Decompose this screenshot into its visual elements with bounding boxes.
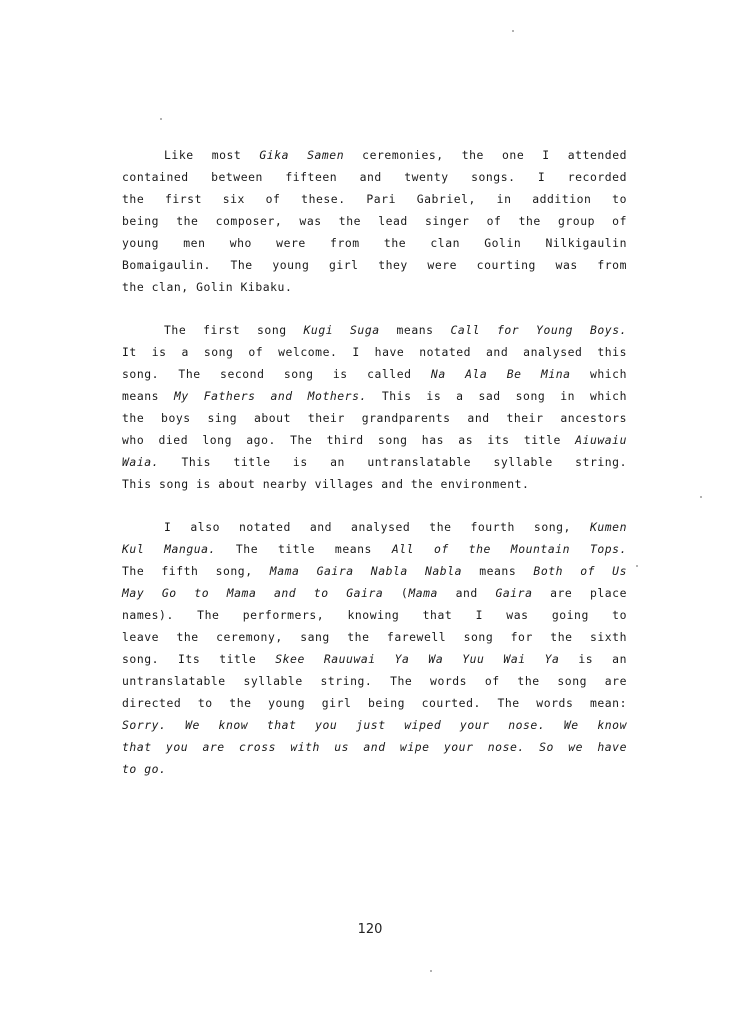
text-segment: means: [380, 323, 451, 337]
text-segment: Like most: [164, 148, 259, 162]
paragraph-first-songs: The first song Kugi Suga means Call for …: [122, 319, 627, 495]
text-segment: the first six of these. Pari Gabriel, in…: [122, 192, 627, 206]
document-page: Like most Gika Samen ceremonies, the one…: [0, 0, 740, 1017]
text-segment: who died long ago. The third song has as…: [122, 433, 575, 447]
italic-text: Aiuwaiu: [575, 433, 627, 447]
text-line: who died long ago. The third song has as…: [122, 429, 627, 451]
text-line: song. The second song is called Na Ala B…: [122, 363, 627, 385]
text-line: May Go to Mama and to Gaira (Mama and Ga…: [122, 582, 627, 604]
text-segment: The title means: [216, 542, 392, 556]
text-segment: This title is an untranslatable syllable…: [159, 455, 627, 469]
italic-text: Kumen: [590, 520, 627, 534]
text-line: The fifth song, Mama Gaira Nabla Nabla m…: [122, 560, 627, 582]
text-line: the clan, Golin Kibaku.: [122, 276, 627, 298]
italic-text: Na Ala Be Mina: [431, 367, 571, 381]
text-segment: and: [438, 586, 495, 600]
text-segment: leave the ceremony, sang the farewell so…: [122, 630, 627, 644]
text-segment: which: [571, 367, 627, 381]
scan-speck: [700, 496, 702, 498]
italic-text: All of the Mountain Tops.: [392, 542, 627, 556]
text-segment: This song is about nearby villages and t…: [122, 477, 529, 491]
text-segment: is an: [559, 652, 627, 666]
text-segment: means: [462, 564, 533, 578]
text-segment: The first song: [164, 323, 304, 337]
text-segment: untranslatable syllable string. The word…: [122, 674, 627, 688]
text-segment: are place: [532, 586, 627, 600]
italic-text: Gaira: [495, 586, 532, 600]
italic-text: Sorry. We know that you just wiped your …: [122, 718, 627, 732]
text-segment: It is a song of welcome. I have notated …: [122, 345, 627, 359]
scan-speck: [430, 970, 432, 972]
italic-text: Call for Young Boys.: [450, 323, 627, 337]
text-segment: means: [122, 389, 174, 403]
italic-text: Kugi Suga: [304, 323, 380, 337]
text-line: contained between fifteen and twenty son…: [122, 166, 627, 188]
text-segment: ceremonies, the one I attended: [344, 148, 627, 162]
text-segment: Bomaigaulin. The young girl they were co…: [122, 258, 627, 272]
text-line: leave the ceremony, sang the farewell so…: [122, 626, 627, 648]
italic-text: that you are cross with us and wipe your…: [122, 740, 627, 754]
scan-speck: [512, 30, 514, 32]
text-segment: directed to the young girl being courted…: [122, 696, 627, 710]
text-line: The first song Kugi Suga means Call for …: [122, 319, 627, 341]
text-segment: names). The performers, knowing that I w…: [122, 608, 627, 622]
text-line: Kul Mangua. The title means All of the M…: [122, 538, 627, 560]
text-segment: I also notated and analysed the fourth s…: [164, 520, 590, 534]
text-segment: young men who were from the clan Golin N…: [122, 236, 627, 250]
text-line: the boys sing about their grandparents a…: [122, 407, 627, 429]
page-number: 120: [0, 922, 740, 937]
text-line: Sorry. We know that you just wiped your …: [122, 714, 627, 736]
text-line: I also notated and analysed the fourth s…: [122, 516, 627, 538]
italic-text: Skee Rauuwai Ya Wa Yuu Wai Ya: [275, 652, 559, 666]
text-line: means My Fathers and Mothers. This is a …: [122, 385, 627, 407]
text-segment: The fifth song,: [122, 564, 270, 578]
text-line: names). The performers, knowing that I w…: [122, 604, 627, 626]
text-line: untranslatable syllable string. The word…: [122, 670, 627, 692]
text-line: song. Its title Skee Rauuwai Ya Wa Yuu W…: [122, 648, 627, 670]
italic-text: Mama Gaira Nabla Nabla: [270, 564, 462, 578]
text-line: that you are cross with us and wipe your…: [122, 736, 627, 758]
text-segment: the clan, Golin Kibaku.: [122, 280, 292, 294]
text-line: Bomaigaulin. The young girl they were co…: [122, 254, 627, 276]
italic-text: May Go to Mama and to Gaira: [122, 586, 383, 600]
text-segment: contained between fifteen and twenty son…: [122, 170, 627, 184]
text-line: young men who were from the clan Golin N…: [122, 232, 627, 254]
text-line: to go.: [122, 758, 627, 780]
text-line: the first six of these. Pari Gabriel, in…: [122, 188, 627, 210]
text-segment: (: [383, 586, 408, 600]
italic-text: Waia.: [122, 455, 159, 469]
text-line: It is a song of welcome. I have notated …: [122, 341, 627, 363]
text-line: directed to the young girl being courted…: [122, 692, 627, 714]
text-line: Waia. This title is an untranslatable sy…: [122, 451, 627, 473]
text-segment: song. Its title: [122, 652, 275, 666]
scan-speck: [160, 118, 162, 120]
text-line: Like most Gika Samen ceremonies, the one…: [122, 144, 627, 166]
italic-text: Mama: [408, 586, 438, 600]
text-line: being the composer, was the lead singer …: [122, 210, 627, 232]
text-segment: being the composer, was the lead singer …: [122, 214, 627, 228]
paragraph-fourth-to-sixth-songs: I also notated and analysed the fourth s…: [122, 516, 627, 780]
italic-text: My Fathers and Mothers.: [174, 389, 367, 403]
text-segment: song. The second song is called: [122, 367, 431, 381]
italic-text: to go.: [122, 762, 166, 776]
paragraph-gika-samen-ceremony: Like most Gika Samen ceremonies, the one…: [122, 144, 627, 298]
text-segment: This is a sad song in which: [367, 389, 627, 403]
scan-speck: [636, 565, 638, 567]
text-segment: the boys sing about their grandparents a…: [122, 411, 627, 425]
italic-text: Gika Samen: [259, 148, 344, 162]
text-line: This song is about nearby villages and t…: [122, 473, 627, 495]
italic-text: Kul Mangua.: [122, 542, 216, 556]
italic-text: Both of Us: [533, 564, 627, 578]
